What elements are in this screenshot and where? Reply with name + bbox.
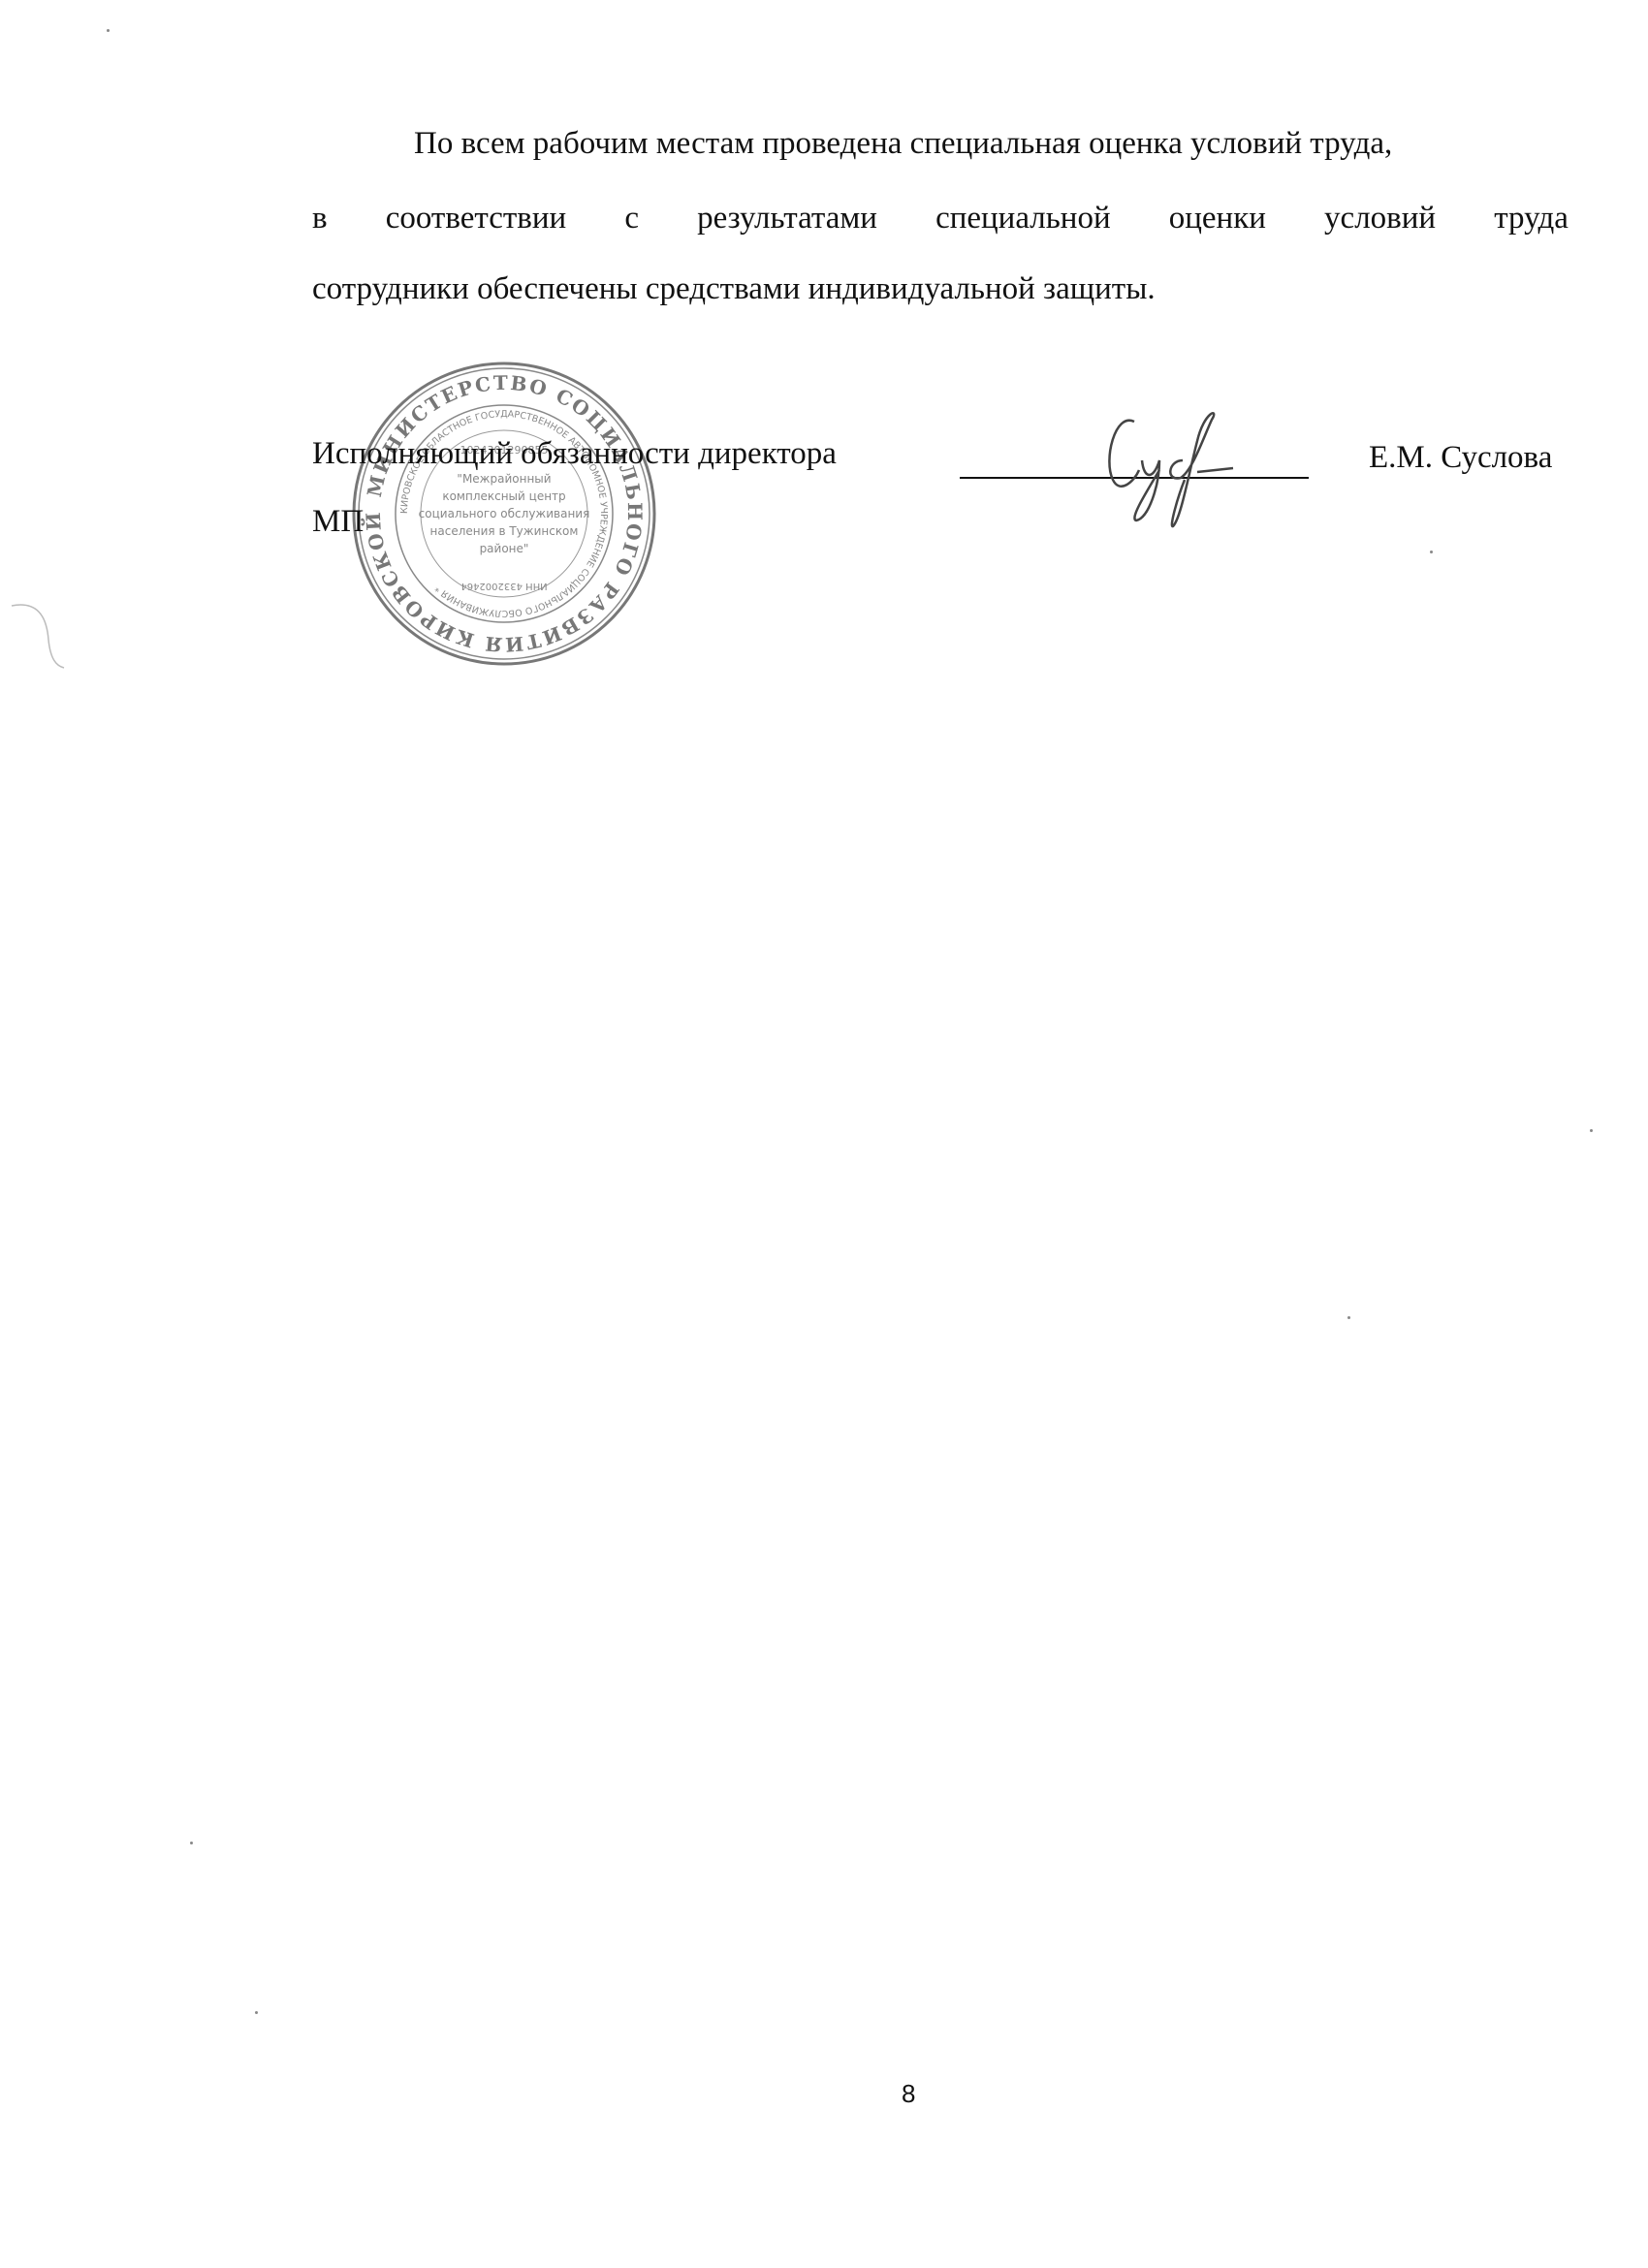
- scan-speck: [1347, 1316, 1350, 1319]
- official-stamp-icon: МИНИСТЕРСТВО СОЦИАЛЬНОГО РАЗВИТИЯ КИРОВС…: [349, 359, 659, 669]
- word: труда: [1494, 199, 1569, 237]
- scan-speck: [190, 1842, 193, 1844]
- position-title: Исполняющий обязанности директора: [312, 434, 837, 473]
- svg-text:комплексный центр: комплексный центр: [442, 489, 565, 503]
- word: специальной: [935, 199, 1111, 237]
- word: соответствии: [386, 199, 566, 237]
- seal-label: МП: [312, 502, 364, 541]
- scan-speck: [255, 2011, 258, 2014]
- page-number: 8: [902, 2079, 915, 2109]
- signatory-name: Е.М. Суслова: [1369, 438, 1552, 477]
- paragraph-line-2: в соответствии с результатами специально…: [312, 199, 1569, 237]
- word: с: [624, 199, 639, 237]
- svg-text:ИНН 4332002464: ИНН 4332002464: [460, 581, 547, 591]
- word: результатами: [697, 199, 877, 237]
- word: оценки: [1169, 199, 1266, 237]
- paragraph-line-1: По всем рабочим местам проведена специал…: [312, 124, 1569, 163]
- svg-text:населения в Тужинском: населения в Тужинском: [430, 524, 579, 538]
- handwritten-signature-icon: [1095, 402, 1280, 538]
- scan-speck: [1430, 551, 1433, 553]
- svg-text:районе": районе": [480, 542, 529, 555]
- scan-artifact-icon: [8, 596, 66, 674]
- svg-text:социального обслуживания: социального обслуживания: [419, 507, 590, 520]
- word: в: [312, 199, 328, 237]
- scan-speck: [1590, 1129, 1593, 1132]
- svg-text:"Межрайонный: "Межрайонный: [457, 472, 551, 486]
- paragraph-line-3: сотрудники обеспечены средствами индивид…: [312, 269, 1569, 308]
- scan-speck: [107, 29, 110, 32]
- word: условий: [1324, 199, 1436, 237]
